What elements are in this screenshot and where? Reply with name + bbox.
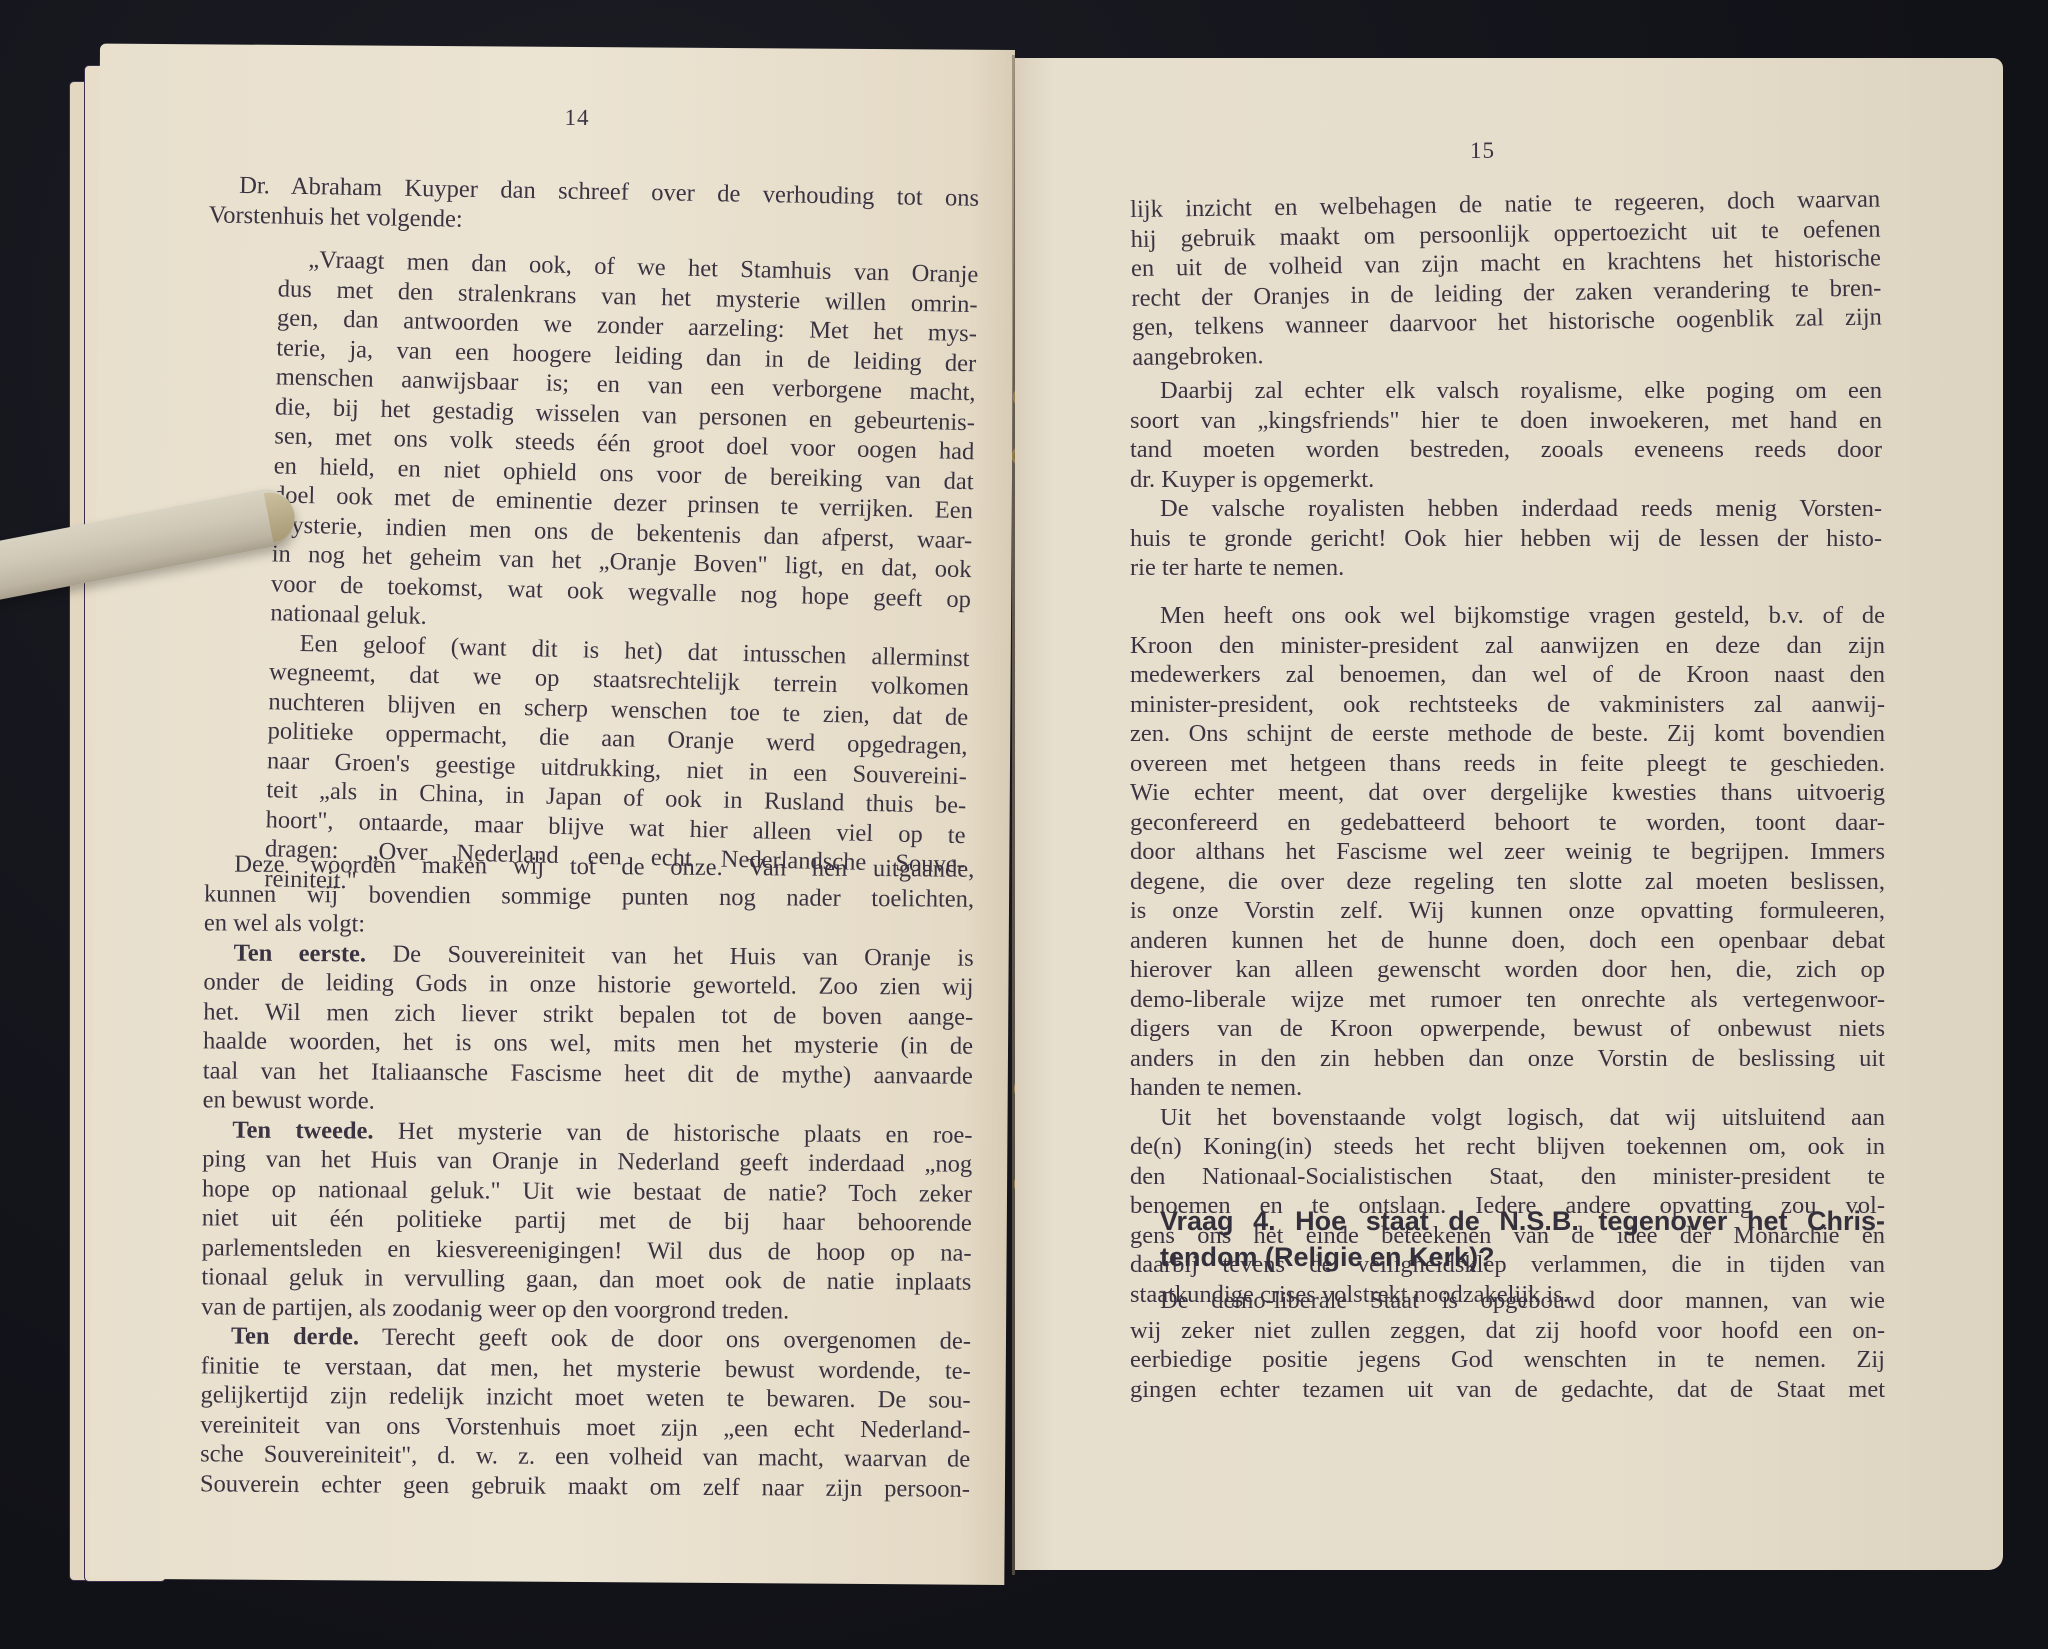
text-line: anderen kunnen het de hunne doen, doch e… — [1130, 926, 1885, 956]
text-line: gelijkertijd zijn redelijk inzicht moet … — [200, 1380, 970, 1415]
text-line: hierover kan alleen gewenscht worden doo… — [1130, 955, 1885, 985]
text-line: De demo-liberale Staat is opgebouwd door… — [1130, 1286, 1885, 1316]
text-line: minister-president, ook rechtsteeks de v… — [1130, 690, 1885, 720]
text-line: Men heeft ons ook wel bijkomstige vragen… — [1130, 601, 1885, 631]
text-line: geconfereerd en gedebatteerd behoort te … — [1130, 808, 1885, 838]
body-paragraph: lijk inzicht en welbehagen de natie te r… — [1130, 185, 1882, 372]
body-paragraph: De demo-liberale Staat is opgebouwd door… — [1130, 1286, 1885, 1404]
body-paragraph: Daarbij zal echter elk valsch royalisme,… — [1130, 376, 1882, 583]
text-line: Wie echter meent, dat over dergelijke kw… — [1130, 778, 1885, 808]
text-line: overeen met hetgeen thans reeds in feite… — [1130, 749, 1885, 779]
page-number: 14 — [564, 105, 589, 131]
heading-line: tendom (Religie en Kerk)? — [1160, 1239, 1885, 1275]
text-line: en bewust worde. — [203, 1085, 973, 1120]
text-line: dr. Kuyper is opgemerkt. — [1130, 465, 1882, 495]
section-heading: Vraag 4. Hoe staat de N.S.B. tegenover h… — [1160, 1203, 1885, 1275]
heading-line: Vraag 4. Hoe staat de N.S.B. tegenover h… — [1160, 1203, 1885, 1239]
text-line: haalde woorden, het is ons wel, mits men… — [203, 1026, 973, 1061]
text-line: eerbiedige positie jegens God wenschten … — [1130, 1345, 1885, 1375]
text-line: tand moeten worden bestreden, zooals eve… — [1130, 435, 1882, 465]
text-line: Daarbij zal echter elk valsch royalisme,… — [1130, 376, 1882, 406]
page-number: 15 — [1470, 138, 1495, 164]
body-paragraph: Deze woorden maken wij tot de onze. Van … — [200, 849, 975, 1503]
text-line: degene, die over deze regeling ten slott… — [1130, 867, 1885, 897]
text-line: den Nationaal-Socialistischen Staat, den… — [1130, 1162, 1885, 1192]
point-label: Ten tweede. — [232, 1116, 373, 1144]
intro-paragraph: Dr. Abraham Kuyper dan schreef over de v… — [208, 170, 979, 242]
text-line: medewerkers zal benoemen, dan wel of de … — [1130, 660, 1885, 690]
text-line: en wel als volgt: — [204, 908, 974, 943]
text-line: Kroon den minister-president zal aanwijz… — [1130, 631, 1885, 661]
text-line: Deze woorden maken wij tot de onze. Van … — [204, 849, 974, 884]
text-line: rie ter harte te nemen. — [1130, 553, 1882, 583]
text-line: onder de leiding Gods in onze historie g… — [203, 967, 973, 1002]
text-line: digers van de Kroon opwerpende, bewust o… — [1130, 1014, 1885, 1044]
text-line: demo-liberale wijze met rumoer ten onrec… — [1130, 985, 1885, 1015]
text-line: De valsche royalisten hebben inderdaad r… — [1130, 494, 1882, 524]
text-line: soort van „kingsfriends" hier te doen in… — [1130, 406, 1882, 436]
open-booklet: 14 Dr. Abraham Kuyper dan schreef over d… — [0, 0, 2048, 1649]
text-line: ping van het Huis van Oranje in Nederlan… — [202, 1144, 972, 1179]
text-line: anders in den zin hebben dan onze Vorsti… — [1130, 1044, 1885, 1074]
left-page: 14 Dr. Abraham Kuyper dan schreef over d… — [89, 44, 1015, 1585]
text-line: zen. Ons schijnt de eerste methode de be… — [1130, 719, 1885, 749]
text-line: wij zeker niet zullen zeggen, dat zij ho… — [1130, 1316, 1885, 1346]
point-label: Ten derde. — [231, 1323, 359, 1351]
text-line: handen te nemen. — [1130, 1073, 1885, 1103]
text-line: Uit het bovenstaande volgt logisch, dat … — [1130, 1103, 1885, 1133]
text-line: gingen echter tezamen uit van de gedacht… — [1130, 1375, 1885, 1405]
text-line: tionaal geluk in vervulling gaan, dan mo… — [201, 1262, 971, 1297]
text-line: niet uit één politieke partij met de bij… — [202, 1203, 972, 1238]
point-third: Ten derde. Terecht geeft ook de door ons… — [201, 1321, 971, 1356]
kuyper-quote: „Vraagt men dan ook, of we het Stamhuis … — [264, 244, 979, 909]
text-line: door althans het Fascisme wel zeer weini… — [1130, 837, 1885, 867]
text-line: de(n) Koning(in) steeds het recht blijve… — [1130, 1132, 1885, 1162]
text-line: Souverein echter geen gebruik maakt om z… — [200, 1469, 970, 1504]
right-page: 15 lijk inzicht en welbehagen de natie t… — [1015, 58, 2003, 1570]
point-label: Ten eerste. — [234, 939, 367, 967]
text-line: huis te gronde gericht! Ook hier hebben … — [1130, 524, 1882, 554]
text-line: sche Souvereiniteit", d. w. z. een volhe… — [200, 1439, 970, 1474]
text-line: is onze Vorstin zelf. Wij kunnen onze op… — [1130, 896, 1885, 926]
